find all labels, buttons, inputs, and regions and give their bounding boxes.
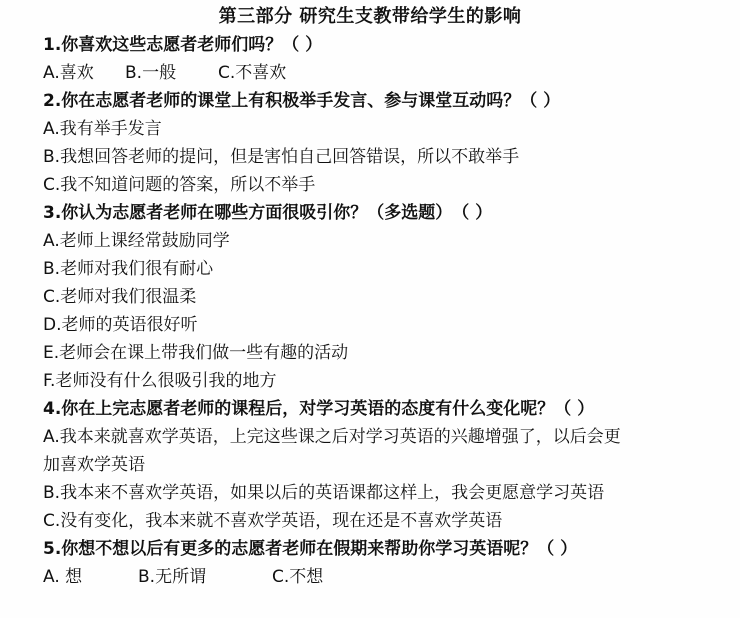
- option-a: A. 想: [43, 565, 138, 589]
- question-2-option-c: C.我不知道问题的答案，所以不举手: [43, 173, 315, 197]
- question-3: 3.你认为志愿者老师在哪些方面很吸引你？（多选题）（ ）: [43, 201, 492, 225]
- survey-page: 第三部分 研究生支教带给学生的影响 1.你喜欢这些志愿者老师们吗？（ ） A.喜…: [0, 0, 740, 618]
- question-4-option-a-cont: 加喜欢学英语: [43, 453, 145, 477]
- question-3-option-f: F.老师没有什么很吸引我的地方: [43, 369, 276, 393]
- option-b: B.无所谓: [138, 565, 272, 589]
- option-c: C.不想: [272, 565, 323, 589]
- answer-blank: （ ）: [537, 537, 577, 561]
- section-title: 第三部分 研究生支教带给学生的影响: [0, 5, 740, 29]
- question-text: 1.你喜欢这些志愿者老师们吗？: [43, 35, 282, 55]
- question-5: 5.你想不想以后有更多的志愿者老师在假期来帮助你学习英语呢？（ ）: [43, 537, 577, 561]
- question-4-option-b: B.我本来不喜欢学英语，如果以后的英语课都这样上，我会更愿意学习英语: [43, 481, 604, 505]
- option-a: A.喜欢: [43, 61, 125, 85]
- option-b: B.一般: [125, 61, 218, 85]
- answer-blank: （ ）: [452, 201, 492, 225]
- question-3-option-e: E.老师会在课上带我们做一些有趣的活动: [43, 341, 348, 365]
- question-3-option-a: A.老师上课经常鼓励同学: [43, 229, 230, 253]
- question-4: 4.你在上完志愿者老师的课程后，对学习英语的态度有什么变化呢？（ ）: [43, 397, 594, 421]
- question-3-option-c: C.老师对我们很温柔: [43, 285, 196, 309]
- question-5-options: A. 想B.无所谓C.不想: [43, 565, 323, 589]
- question-text: 5.你想不想以后有更多的志愿者老师在假期来帮助你学习英语呢？: [43, 539, 537, 559]
- question-2-option-b: B.我想回答老师的提问，但是害怕自己回答错误，所以不敢举手: [43, 145, 519, 169]
- question-3-option-b: B.老师对我们很有耐心: [43, 257, 213, 281]
- option-c: C.不喜欢: [218, 61, 286, 85]
- question-1: 1.你喜欢这些志愿者老师们吗？（ ）: [43, 33, 322, 57]
- question-1-options: A.喜欢B.一般C.不喜欢: [43, 61, 286, 85]
- question-2-option-a: A.我有举手发言: [43, 117, 162, 141]
- answer-blank: （ ）: [520, 89, 560, 113]
- answer-blank: （ ）: [554, 397, 594, 421]
- question-text: 2.你在志愿者老师的课堂上有积极举手发言、参与课堂互动吗？: [43, 91, 520, 111]
- question-2: 2.你在志愿者老师的课堂上有积极举手发言、参与课堂互动吗？（ ）: [43, 89, 560, 113]
- question-4-option-a: A.我本来就喜欢学英语，上完这些课之后对学习英语的兴趣增强了，以后会更: [43, 425, 621, 449]
- question-3-option-d: D.老师的英语很好听: [43, 313, 198, 337]
- question-text: 3.你认为志愿者老师在哪些方面很吸引你？（多选题）: [43, 203, 452, 223]
- question-text: 4.你在上完志愿者老师的课程后，对学习英语的态度有什么变化呢？: [43, 399, 554, 419]
- answer-blank: （ ）: [282, 33, 322, 57]
- question-4-option-c: C.没有变化，我本来就不喜欢学英语，现在还是不喜欢学英语: [43, 509, 502, 533]
